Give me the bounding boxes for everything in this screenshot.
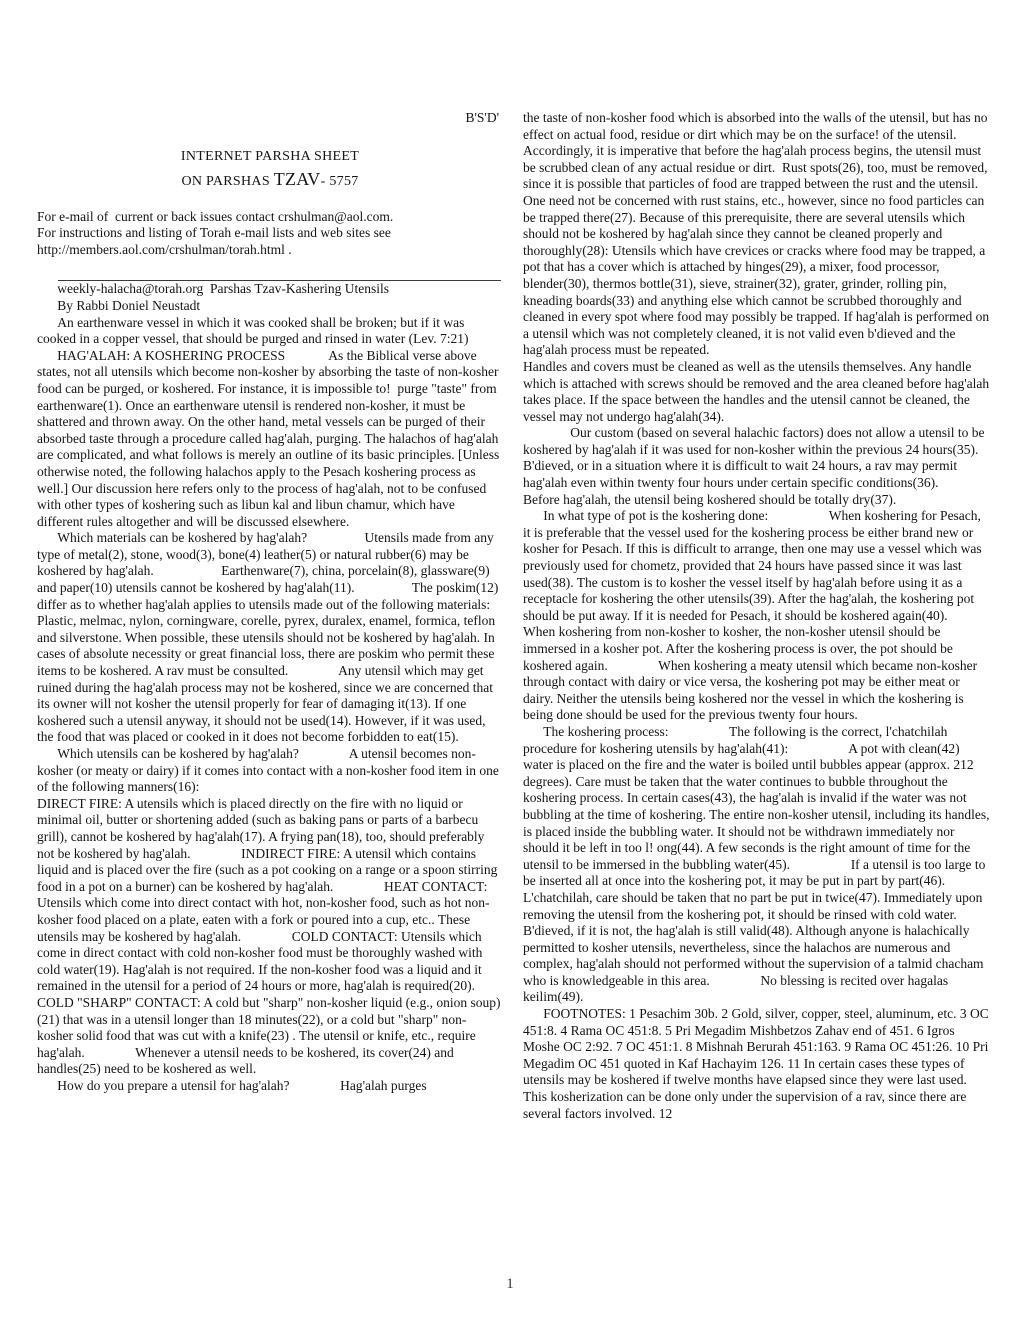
paragraph-hagalah-process: HAG'ALAH: A KOSHERING PROCESS As the Bib…: [37, 348, 503, 531]
paragraph-handles-covers: Handles and covers must be cleaned as we…: [523, 359, 990, 425]
paragraph-contact-types: DIRECT FIRE: A utensils which is placed …: [37, 796, 503, 1078]
paragraph-footnotes: FOOTNOTES: 1 Pesachim 30b. 2 Gold, silve…: [523, 1006, 990, 1122]
bsd-header: B'S'D': [37, 110, 503, 127]
subtitle-suffix: - 5757: [321, 174, 359, 189]
parsha-name: TZAV: [274, 169, 321, 189]
masthead-title: INTERNET PARSHA SHEET: [37, 147, 503, 167]
paragraph-how-to-prepare: How do you prepare a utensil for hag'ala…: [37, 1078, 503, 1095]
paragraph-verse: An earthenware vessel in which it was co…: [37, 315, 503, 348]
contact-line-url: http://members.aol.com/crshulman/torah.h…: [37, 242, 503, 259]
document-page: B'S'D' INTERNET PARSHA SHEET ON PARSHAS …: [0, 0, 1020, 1320]
paragraph-koshering-process: The koshering process: The following is …: [523, 724, 990, 1006]
masthead-subtitle: ON PARSHAS TZAV- 5757: [37, 167, 503, 194]
contact-line-instructions: For instructions and listing of Torah e-…: [37, 225, 503, 242]
paragraph-koshering-pot-type: In what type of pot is the koshering don…: [523, 508, 990, 724]
paragraph-taste-absorbed: the taste of non-kosher food which is ab…: [523, 110, 990, 359]
subtitle-prefix: ON PARSHAS: [181, 174, 273, 189]
paragraph-source-line: weekly-halacha@torah.org Parshas Tzav-Ka…: [37, 281, 503, 298]
right-column: the taste of non-kosher food which is ab…: [523, 110, 990, 1320]
contact-info: For e-mail of current or back issues con…: [37, 209, 503, 259]
page-number: 1: [0, 1276, 1020, 1293]
paragraph-which-materials: Which materials can be koshered by hag'a…: [37, 530, 503, 746]
masthead: INTERNET PARSHA SHEET ON PARSHAS TZAV- 5…: [37, 147, 503, 194]
paragraph-which-utensils: Which utensils can be koshered by hag'al…: [37, 746, 503, 796]
contact-line-email: For e-mail of current or back issues con…: [37, 209, 503, 226]
paragraph-byline: By Rabbi Doniel Neustadt: [37, 298, 503, 315]
left-column: B'S'D' INTERNET PARSHA SHEET ON PARSHAS …: [37, 110, 503, 1320]
paragraph-our-custom: Our custom (based on several halachic fa…: [523, 425, 990, 508]
